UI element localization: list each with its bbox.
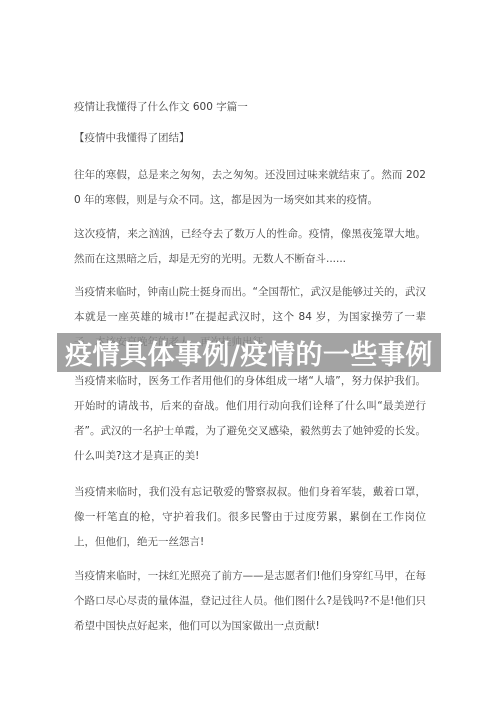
article-page: 疫情让我懂得了什么作文 600 字篇一 【疫情中我懂得了团结】 往年的寒假，总是… [0,0,500,706]
title-overlay-banner-text: 疫情具体事例/疫情的一些事例 [65,333,433,372]
section-heading: 【疫情中我懂得了团结】 [74,126,426,151]
paragraph: 这次疫情，来之汹汹，已经夺去了数万人的性命。疫情，像黑夜笼罩大地。然而在这黑暗之… [74,222,426,272]
paragraph: 当疫情来临时，一抹红光照亮了前方——是志愿者们!他们身穿红马甲，在每个路口尽心尽… [74,564,426,639]
title-overlay-banner: 疫情具体事例/疫情的一些事例 [57,333,441,372]
article-title: 疫情让我懂得了什么作文 600 字篇一 [74,95,426,120]
paragraph: 往年的寒假，总是来之匆匆，去之匆匆。还没回过味来就结束了。然而 2020 年的寒… [74,163,426,213]
paragraph: 当疫情来临时，我们没有忘记敬爱的警察叔叔。他们身着军装，戴着口罩，像一杆笔直的枪… [74,480,426,555]
paragraph: 当疫情来临时，医务工作者用他们的身体组成一堵“人墙”，努力保护我们。开始时的请战… [74,369,426,469]
article-content: 疫情让我懂得了什么作文 600 字篇一 【疫情中我懂得了团结】 往年的寒假，总是… [0,0,500,639]
